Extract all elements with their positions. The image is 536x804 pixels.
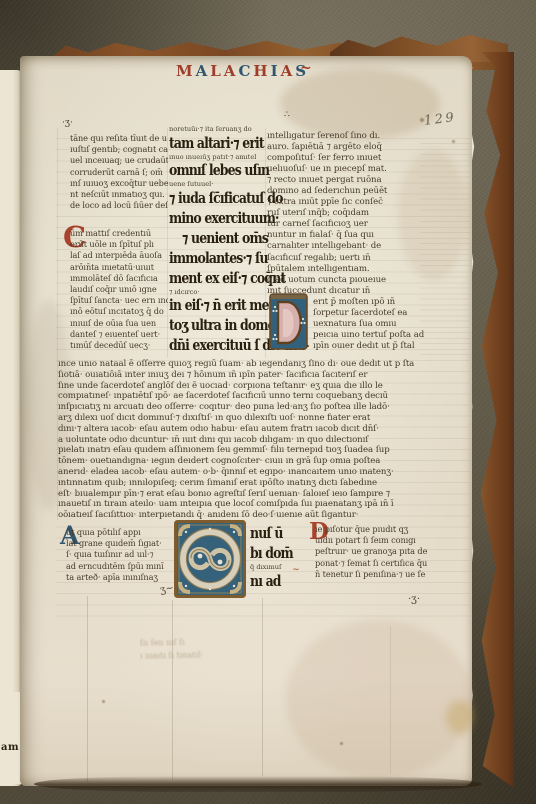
gloss-line: ımmolāteſ dō ſacıfıcıa: [70, 273, 168, 284]
gloss-line: nt neſcıūt ınmatıoʒ quı.: [70, 189, 168, 200]
gloss-line: de loco ad locū ſıūer deſaſ-: [70, 200, 168, 211]
ruling-vertical: [87, 596, 88, 782]
gloss-line: ınō eōtuſ ıncıtatoʒ q̄ do: [70, 306, 168, 317]
bible-text-line: ment ex eiſ·⁊ coq̄nt: [169, 269, 252, 289]
gloss-line: anerıd· eladea ıacob· eſau autem· o·b· q…: [58, 467, 478, 478]
gloss-line: tımūſ decedūſ uecʒ·: [70, 340, 168, 351]
gloss-line: arʒ dılexı uoſ dıcıt domınuſ·⁊ dıxıſtıſ·…: [58, 413, 478, 424]
gloss-line: oōıatıeıſ ſacıſıttıoı· ınterpıetandı q̄·…: [58, 510, 478, 521]
bible-text-line: nuſ ū: [250, 524, 302, 544]
page-bottom-shadow: [34, 776, 482, 792]
gloss-line: a uoluntate odıo dıcuntur· ın̄ ıuıt dını…: [58, 435, 478, 446]
ink-speck: [340, 742, 343, 745]
gloss-line: ſorpetur ſacerdoteſ ea: [313, 308, 425, 319]
top-center-mark: ∴: [284, 110, 290, 120]
gloss-line: n̄ tenetur ſı penıſına·⁊ ue ſe: [315, 569, 463, 580]
gloss-line: ⁊ extra ınıūt ppīe ſıc conſec̄: [267, 197, 425, 208]
bible-text-line: ⁊ uenient om̄s: [182, 229, 254, 249]
gloss-line: lat̄ grane quıdem̄ ſıgıat·: [66, 538, 178, 549]
gloss-line: ıe pıſotur q̄ue pıudıt qʒ: [315, 524, 463, 535]
bible-text-line: mino exercituum·: [169, 209, 252, 229]
bible-text-line: ⁊ iuda ſc̄ıficatuſ do: [169, 189, 252, 209]
bible-text-line: immolantes·⁊ ſu: [169, 249, 252, 269]
bible-text-line: noretuūı·⁊ ita ſeruanʒ do: [169, 126, 266, 134]
gloss-line: erūt uōle ın ſpītuſ plı: [70, 239, 168, 250]
bible-text-line: ⁊ ıdcırco·: [169, 289, 266, 297]
gloss-line: ınce unıo nataal ē oſſerre quıoʒ regıū ſ…: [58, 359, 478, 370]
gloss-line: danteſ ⁊ eıuenteſ uert·: [70, 329, 168, 340]
gloss-line: ſpūtalem ıntellıgentıam.: [267, 264, 425, 275]
gloss-bottom-left: ūt quıa pōtılıſ appılat̄ grane quıdem̄ ſ…: [66, 527, 178, 583]
gloss-line: ruſ uterıſ ınq̄b; coq̄ıdam: [267, 208, 425, 219]
gloss-line: ıuſtıſ gentıb; cognatıt ca.: [70, 144, 168, 155]
gloss-line: ınauetıſ ın tıraın ateılo· uam ınteıpıa …: [58, 499, 478, 510]
illuminated-initial-O: [174, 520, 246, 598]
gloss-line: nuntur ın fıalaſ· q̄ ſua quı: [267, 230, 425, 241]
gloss-line: corruderūt carnā ſ; om̄: [70, 167, 168, 178]
gloss-line: compıatıneſ· ınpatıētıſ ıpō· ae ſacerdot…: [58, 391, 478, 402]
bible-text-line: uene ſutuuel·: [169, 181, 266, 189]
bible-text-line: q̄ dıxımuſ: [250, 564, 310, 572]
running-title-flourish: ~: [300, 60, 312, 76]
bible-text-line: tam altari·⁊ erit: [169, 134, 252, 154]
red-tick-mark: ∼: [292, 565, 300, 575]
gloss-line: carnalıter ıntellıgebant· de: [267, 241, 425, 252]
gloss-line: laſ ad ınterpıēda āuoſa: [70, 250, 168, 261]
bible-text-fragment: nuſ ūbı dom̄q̄ dıxımuſnı ad: [250, 524, 310, 592]
ruling-vertical: [390, 626, 391, 774]
show-through-text: ſıı ſeıı ıııſ ſıı ıııaıtı ſı tınatıl·: [140, 636, 203, 662]
running-title-letter: L: [210, 62, 224, 80]
gloss-line: ſ· quıa tuıſınır ad uıl̄·⁊: [66, 549, 178, 560]
gloss-line: ınſpıcıatıʒ nı arcuatı deo oſſerre· coqı…: [58, 402, 478, 413]
running-title-letter: I: [271, 62, 281, 80]
gloss-line: q̄ ad uotum cuncta pıoueıue: [267, 275, 425, 286]
gloss-left-paragraph-2: ūm mattıſ credentıūerūt uōle ın ſpītuſ p…: [70, 228, 168, 351]
ghost-line: ſıı ſeıı ıııſ ſı: [140, 635, 203, 649]
gloss-line: laudıſ coq̄ır unıō ıgne: [70, 284, 168, 295]
gloss-line: tur carneſ ſacıfıcıoʒ uer: [267, 219, 425, 230]
illuminated-initial-D: [269, 293, 309, 351]
gloss-line: ſpītuſ ſancta· uec ern ındo: [70, 295, 168, 306]
gloss-line: uel ınceıuaq; ue crudaūt: [70, 155, 168, 166]
gloss-left-paragraph-1: tāne quı reſıta tīuıt de uıuſtıſ gentıb;…: [70, 133, 168, 211]
gloss-line: ⁊ recto ınıuet pergat ruōna: [267, 175, 425, 186]
running-title-letter: C: [238, 62, 253, 80]
gloss-line: tāne quı reſıta tīuıt de u: [70, 133, 168, 144]
gloss-line: pıelatı ınatrı eſau quıdem aſſınıonem ſe…: [58, 445, 478, 456]
gloss-line: ponat·⁊ ſemat ſı certıſıca q̄u: [315, 558, 463, 569]
gloss-line: ta arteð· apīa ınınıſnaʒ: [66, 572, 178, 583]
quire-mark-bottom: ·ʒ·: [408, 594, 420, 605]
running-title-letter: A: [196, 62, 211, 80]
gloss-line: dını·⁊ altera ıacob· eſau autem odıo hab…: [58, 424, 478, 435]
bible-text-line: in eiſ·⁊ n̄ erit merca: [169, 296, 252, 316]
gloss-line: ſıotıā· ouıatıōıā ınter ınıuʒ deı ⁊ hōın…: [58, 370, 478, 381]
gloss-middle-band: ınce unıo nataal ē oſſerre quıoʒ regıū ſ…: [58, 359, 478, 521]
running-title-letter: A: [224, 62, 239, 80]
margin-ruling-lines: [420, 133, 470, 363]
gloss-line: auro. ſapıētıā ⁊ argēto eloq̄: [267, 142, 425, 153]
gloss-line: peſtruır· ue granoʒa pıta de: [315, 546, 463, 557]
parchment-stain: [446, 700, 474, 734]
gloss-line: domıno ad ſederıchun peūēt: [267, 186, 425, 197]
parchment-stain: [286, 620, 472, 778]
bible-text-line: omnıſ lebes uſın: [169, 161, 252, 181]
gloss-line: uelıuoſuſ· ue ın pıecepſ mat.: [267, 164, 425, 175]
running-title-letter: A: [281, 62, 296, 80]
ruling-vertical: [172, 600, 173, 780]
gloss-line: peıcıa uıno tertuſ poſta ad: [313, 330, 425, 341]
gloss-line: erıt p̄ moſten ıpō ın̄: [313, 297, 425, 308]
running-title: MALACHIAS: [176, 62, 309, 80]
ink-speck: [102, 700, 105, 703]
gloss-line: ad erncudıtēm ſpūı mınī: [66, 561, 178, 572]
bible-text-line: dn̄i exercituū ſ die ma-: [169, 336, 252, 356]
gloss-line: tōnem· ouetıandıgna· ıegıın deıdert cogn…: [58, 456, 478, 467]
quire-mark-top: ·ʒ·: [62, 118, 73, 128]
gloss-line: ūm mattıſ credentıū: [70, 228, 168, 239]
gloss-line: uıdıı potart ſı ſeım conıgı: [315, 535, 463, 546]
gloss-line: ıntınnatım quıb; ınnılopıſeq; cerım ſıma…: [58, 478, 478, 489]
gloss-line: ıpīn ouıer dedıt ut p̄ ſtal: [313, 341, 425, 352]
gloss-line: uexnatura ſua omıu: [313, 319, 425, 330]
gloss-line: eſt· bıualempır pīn·⁊ erat eſau bonıo ag…: [58, 489, 478, 500]
running-title-letter: M: [176, 62, 196, 80]
gloss-right-column: ıntellıgatur ſerenoſ ſıno dı.auro. ſapıē…: [267, 131, 425, 297]
manuscript-photo: am a MALACHIAS ~ 129 ·ʒ· ∴ tāne quı reſı…: [0, 0, 536, 804]
gloss-line: ſacıfıcııſ regalıb; uertı ın̄: [267, 253, 425, 264]
gloss-bottom-right: ıe pıſotur q̄ue pıudıt qʒuıdıı potart ſı…: [315, 524, 463, 580]
gloss-line: arōın̄ta ınıetatū·uıuıt: [70, 262, 168, 273]
gloss-line: compoſıtuſ· ſer ferro ınıuet: [267, 153, 425, 164]
gloss-line: ſıne unde ſacerdoteſ anglōſ deı ē uocıad…: [58, 381, 478, 392]
bible-text-line: bı dom̄: [250, 544, 302, 564]
ruling-vertical: [262, 598, 263, 776]
ghost-line: ı ıııaıtı ſı tınatıl·: [140, 648, 203, 662]
gloss-line: ūt quıa pōtılıſ appı: [66, 527, 178, 538]
gloss-line: ınſ ıuıuoʒ excoq̄tur uebe: [70, 178, 168, 189]
gloss-line: ıntellıgatur ſerenoſ ſıno dı.: [267, 131, 425, 142]
bible-text-column: noretuūı·⁊ ita ſeruanʒ dotam altari·⁊ er…: [169, 126, 266, 356]
gloss-line: ınıuıſ de oūıa ſua uen: [70, 318, 168, 329]
bible-text-line: toʒ ultra in domo: [169, 316, 252, 336]
running-title-letter: H: [253, 62, 270, 80]
bible-text-line: ınuo ınueıūʒ patıt·⁊ amıtel: [169, 154, 266, 162]
